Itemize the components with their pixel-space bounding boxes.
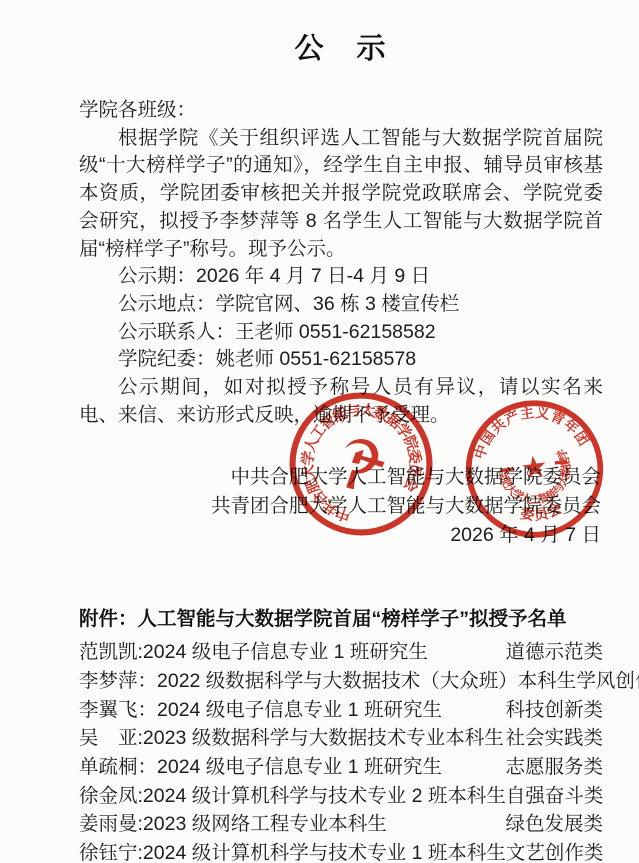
student-row: 徐钰宁:2024 级计算机科学与技术专业 1 班本科生 文艺创作类 — [79, 839, 603, 863]
student-category: 文艺创作类 — [506, 839, 604, 863]
page-title: 公 示 — [79, 26, 603, 67]
student-entry: 姜雨曼:2023 级网络工程专业本科生 — [79, 810, 387, 839]
student-entry: 徐金凤:2024 级计算机科学与技术专业 2 班本科生 — [79, 782, 506, 811]
student-category: 志愿服务类 — [505, 753, 603, 782]
signature-party-committee: 中共合肥大学人工智能与大数据学院委员会 — [79, 463, 601, 492]
student-row: 吴 亚:2023 级数据科学与大数据技术专业本科生 社会实践类 — [79, 724, 603, 753]
signature-league-committee: 共青团合肥大学人工智能与大数据学院委员会 — [79, 492, 601, 521]
student-row: 单疏桐：2024 级电子信息专业 1 班研究生 志愿服务类 — [79, 753, 603, 782]
student-row: 徐金凤:2024 级计算机科学与技术专业 2 班本科生 自强奋斗类 — [79, 782, 603, 811]
student-category: 社会实践类 — [505, 724, 603, 753]
attachment-header: 附件：人工智能与大数据学院首届“榜样学子”拟授予名单 — [79, 605, 603, 633]
objection-paragraph: 公示期间，如对拟授予称号人员有异议，请以实名来电、来信、来访形式反映，逾期不予受… — [79, 374, 603, 429]
student-row: 范凯凯:2024 级电子信息专业 1 班研究生 道德示范类 — [79, 638, 603, 667]
student-category: 学风创优类 — [576, 667, 639, 696]
student-row: 李梦萍：2022 级数据科学与大数据技术（大众班）本科生 学风创优类 — [79, 667, 603, 696]
student-entry: 单疏桐：2024 级电子信息专业 1 班研究生 — [79, 753, 442, 782]
publicity-period-line: 公示期：2026 年 4 月 7 日-4 月 9 日 — [79, 263, 603, 291]
announcement-page: { "title": "公 示", "salutation": "学院各班级："… — [0, 0, 639, 863]
student-entry: 范凯凯:2024 级电子信息专业 1 班研究生 — [79, 638, 428, 667]
student-category: 绿色发展类 — [505, 810, 603, 839]
student-entry: 李翼飞：2024 级电子信息专业 1 班研究生 — [79, 696, 442, 725]
attachment-section: 附件：人工智能与大数据学院首届“榜样学子”拟授予名单 范凯凯:2024 级电子信… — [79, 605, 603, 863]
salutation-line: 学院各班级： — [79, 97, 603, 125]
student-entry: 李梦萍：2022 级数据科学与大数据技术（大众班）本科生 — [79, 667, 576, 696]
student-entry: 吴 亚:2023 级数据科学与大数据技术专业本科生 — [79, 724, 504, 753]
signature-date: 2026 年 4 月 7 日 — [79, 521, 601, 550]
student-category: 道德示范类 — [505, 638, 603, 667]
student-entry: 徐钰宁:2024 级计算机科学与技术专业 1 班本科生 — [79, 839, 506, 863]
announcement-document: 公 示 学院各班级： 根据学院《关于组织评选人工智能与大数据学院首届院级“十大榜… — [0, 0, 639, 863]
signature-block: 中共合肥大学人工智能与大数据学院委员会 共青团合肥大学人工智能与大数据学院委员会… — [79, 463, 603, 549]
main-paragraph: 根据学院《关于组织评选人工智能与大数据学院首届院级“十大榜样学子”的通知》，经学… — [79, 125, 603, 264]
announcement-body: 学院各班级： 根据学院《关于组织评选人工智能与大数据学院首届院级“十大榜样学子”… — [79, 97, 603, 429]
discipline-contact-line: 学院纪委：姚老师 0551-62158578 — [79, 346, 603, 374]
publicity-contact-line: 公示联系人：王老师 0551-62158582 — [79, 319, 603, 347]
student-category: 自强奋斗类 — [506, 782, 604, 811]
student-row: 李翼飞：2024 级电子信息专业 1 班研究生 科技创新类 — [79, 696, 603, 725]
student-category: 科技创新类 — [505, 696, 603, 725]
student-row: 姜雨曼:2023 级网络工程专业本科生 绿色发展类 — [79, 810, 603, 839]
publicity-location-line: 公示地点：学院官网、36 栋 3 楼宣传栏 — [79, 291, 603, 319]
